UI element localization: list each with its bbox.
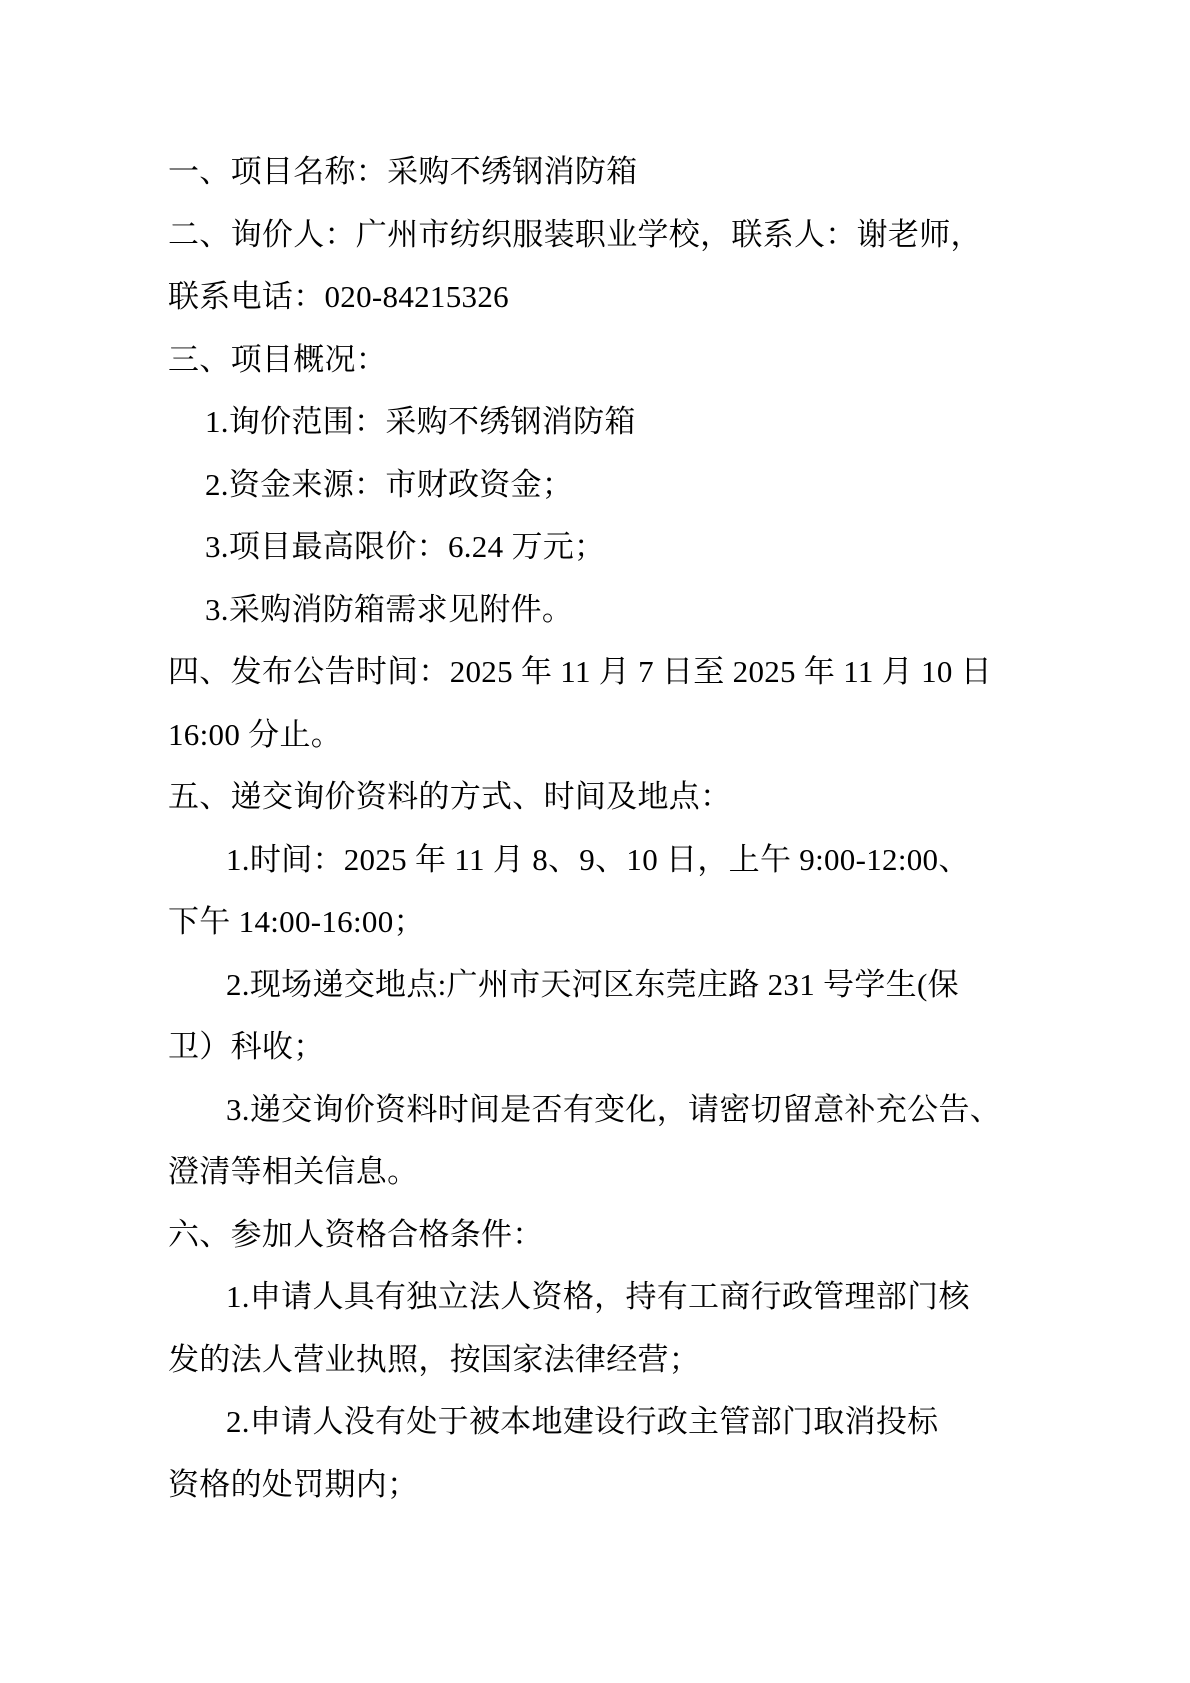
text-line: 2.资金来源：市财政资金； (168, 454, 1036, 517)
text-line: 3.采购消防箱需求见附件。 (168, 579, 1036, 642)
text-line: 一、项目名称：采购不绣钢消防箱 (168, 141, 1036, 204)
text-line: 六、参加人资格合格条件： (168, 1204, 1036, 1267)
text-line: 1.询价范围：采购不绣钢消防箱 (168, 391, 1036, 454)
text-line: 澄清等相关信息。 (168, 1141, 1036, 1204)
text-line: 16:00 分止。 (168, 704, 1036, 767)
text-line: 1.时间：2025 年 11 月 8、9、10 日，上午 9:00-12:00、 (168, 829, 1036, 892)
text-line: 下午 14:00-16:00； (168, 891, 1036, 954)
text-line: 资格的处罚期内； (168, 1454, 1036, 1517)
text-line: 2.现场递交地点:广州市天河区东莞庄路 231 号学生(保 (168, 954, 1036, 1017)
document-body: 一、项目名称：采购不绣钢消防箱二、询价人：广州市纺织服装职业学校，联系人：谢老师… (168, 141, 1036, 1516)
text-line: 卫）科收； (168, 1016, 1036, 1079)
document-page: 一、项目名称：采购不绣钢消防箱二、询价人：广州市纺织服装职业学校，联系人：谢老师… (0, 0, 1190, 1683)
text-line: 3.递交询价资料时间是否有变化，请密切留意补充公告、 (168, 1079, 1036, 1142)
text-line: 四、发布公告时间：2025 年 11 月 7 日至 2025 年 11 月 10… (168, 641, 1036, 704)
text-line: 三、项目概况： (168, 329, 1036, 392)
text-line: 五、递交询价资料的方式、时间及地点： (168, 766, 1036, 829)
text-line: 2.申请人没有处于被本地建设行政主管部门取消投标 (168, 1391, 1036, 1454)
text-line: 发的法人营业执照，按国家法律经营； (168, 1329, 1036, 1392)
text-line: 联系电话：020-84215326 (168, 266, 1036, 329)
text-line: 3.项目最高限价：6.24 万元； (168, 516, 1036, 579)
text-line: 二、询价人：广州市纺织服装职业学校，联系人：谢老师， (168, 204, 1036, 267)
text-line: 1.申请人具有独立法人资格，持有工商行政管理部门核 (168, 1266, 1036, 1329)
